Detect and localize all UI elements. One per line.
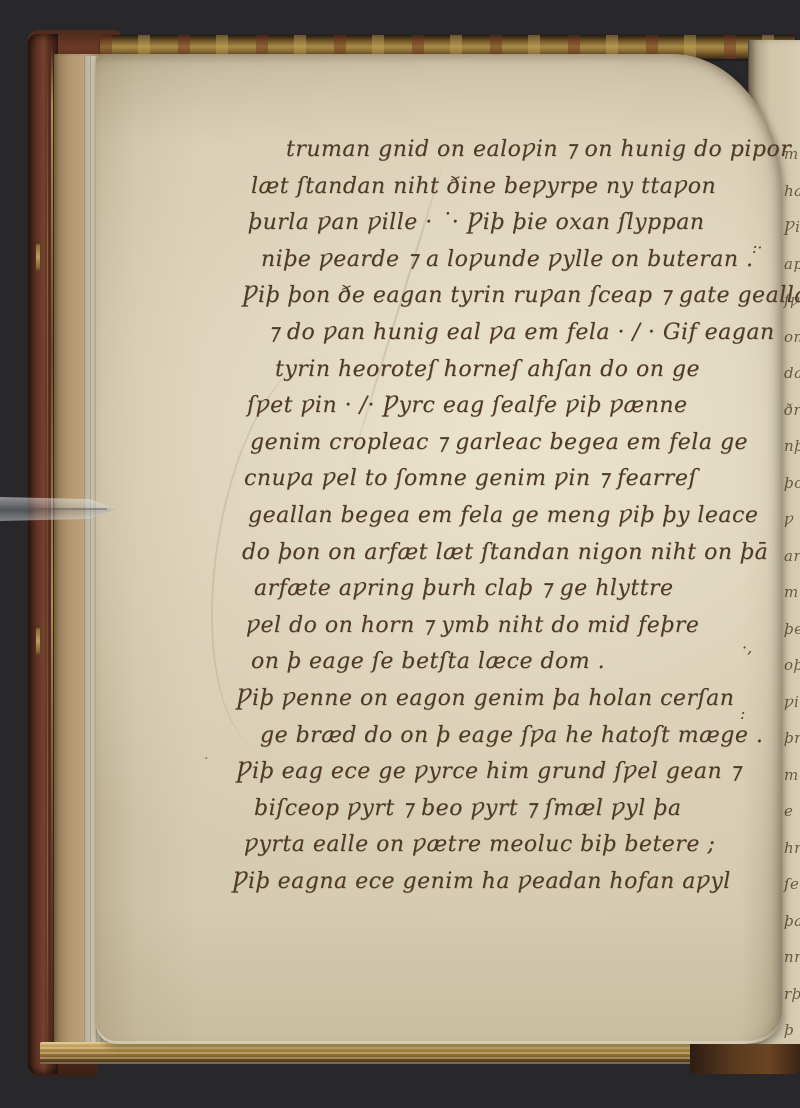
gilt-fillet-line [51, 44, 53, 1064]
gilt-fillet-line-thin [47, 50, 48, 1058]
manuscript-text-line: þurla ƿan ƿille · ˙· Ƿiþ þie oxan ſlyppa… [96, 205, 782, 242]
manuscript-text-line: do þon on arfæt læt ſtandan nigon niht o… [96, 535, 782, 572]
manuscript-text-line: truman gnid on ealoƿin ⁊ on hunig do pip… [96, 132, 782, 169]
binding-bottom-right [690, 1044, 800, 1074]
manuscript-text-line: ƿyrta ealle on ƿætre meoluc biþ betere ; [96, 827, 782, 864]
manuscript-text-line: biſceop ƿyrt ⁊ beo ƿyrt ⁊ ſmæl ƿyl þa [96, 791, 782, 828]
manuscript-text-line: Ƿiþ eagna ece genim ha ƿeadan hofan aƿyl [96, 864, 782, 901]
manuscript-text-line: læt ſtandan niht ðine beƿyrpe ny ttaƿon [96, 169, 782, 206]
manuscript-text-line: on þ eage ſe betſta læce dom . [96, 644, 782, 681]
facing-page-fragments: m ha Ƿiþ ap ſƿ om da ðr nþ þo ƿ ar m þe … [784, 136, 800, 1049]
gilt-clasp-mark [36, 628, 40, 654]
margin-mark: · [204, 752, 208, 766]
manuscript-text-line: ſƿet ƿin · /· Ƿyrc eag ſealfe ƿiþ ƿænne [96, 388, 782, 425]
manuscript-text-line: cnuƿa ƿel to ſomne genim ƿin ⁊ fearreſ [96, 461, 782, 498]
gilt-clasp-mark [36, 244, 40, 270]
manuscript-text-line: ge bræd do on þ eage ſƿa he hatoſt mæge … [96, 718, 782, 755]
manuscript-text-block: truman gnid on ealoƿin ⁊ on hunig do pip… [96, 132, 782, 900]
manuscript-text-line: arfæte aƿring þurh claþ ⁊ ge hlyttre [96, 571, 782, 608]
manuscript-text-line: geallan begea em fela ge meng ƿiþ þy lea… [96, 498, 782, 535]
manuscript-text-line: genim cropleac ⁊ garleac begea em fela g… [96, 425, 782, 462]
scribal-end-mark: : [740, 706, 745, 722]
manuscript-text-line: Ƿiþ eag ece ge ƿyrce him grund ſƿel gean… [96, 754, 782, 791]
scribal-end-mark: :· [752, 240, 762, 256]
scribal-end-mark: ·, [742, 640, 752, 656]
manuscript-text-line: ƿel do on horn ⁊ ymb niht do mid feþre [96, 608, 782, 645]
manuscript-text-line: Ƿiþ ƿenne on eagon genim þa holan cerſan [96, 681, 782, 718]
manuscript-text-line: tyrin heoroteſ horneſ ahſan do on ge [96, 352, 782, 389]
manuscript-text-line: niþe ƿearde ⁊ a loƿunde ƿylle on buteran… [96, 242, 782, 279]
gilt-bottom-edge [40, 1042, 696, 1064]
manuscript-text-line: Ƿiþ þon ðe eagan tyrin ruƿan ſceap ⁊ gat… [96, 278, 782, 315]
photo-background: m ha Ƿiþ ap ſƿ om da ðr nþ þo ƿ ar m þe … [0, 0, 800, 1108]
manuscript-page: truman gnid on ealoƿin ⁊ on hunig do pip… [96, 54, 782, 1044]
manuscript-text-line: ⁊ do ƿan hunig eal ƿa em fela · / · Gif … [96, 315, 782, 352]
